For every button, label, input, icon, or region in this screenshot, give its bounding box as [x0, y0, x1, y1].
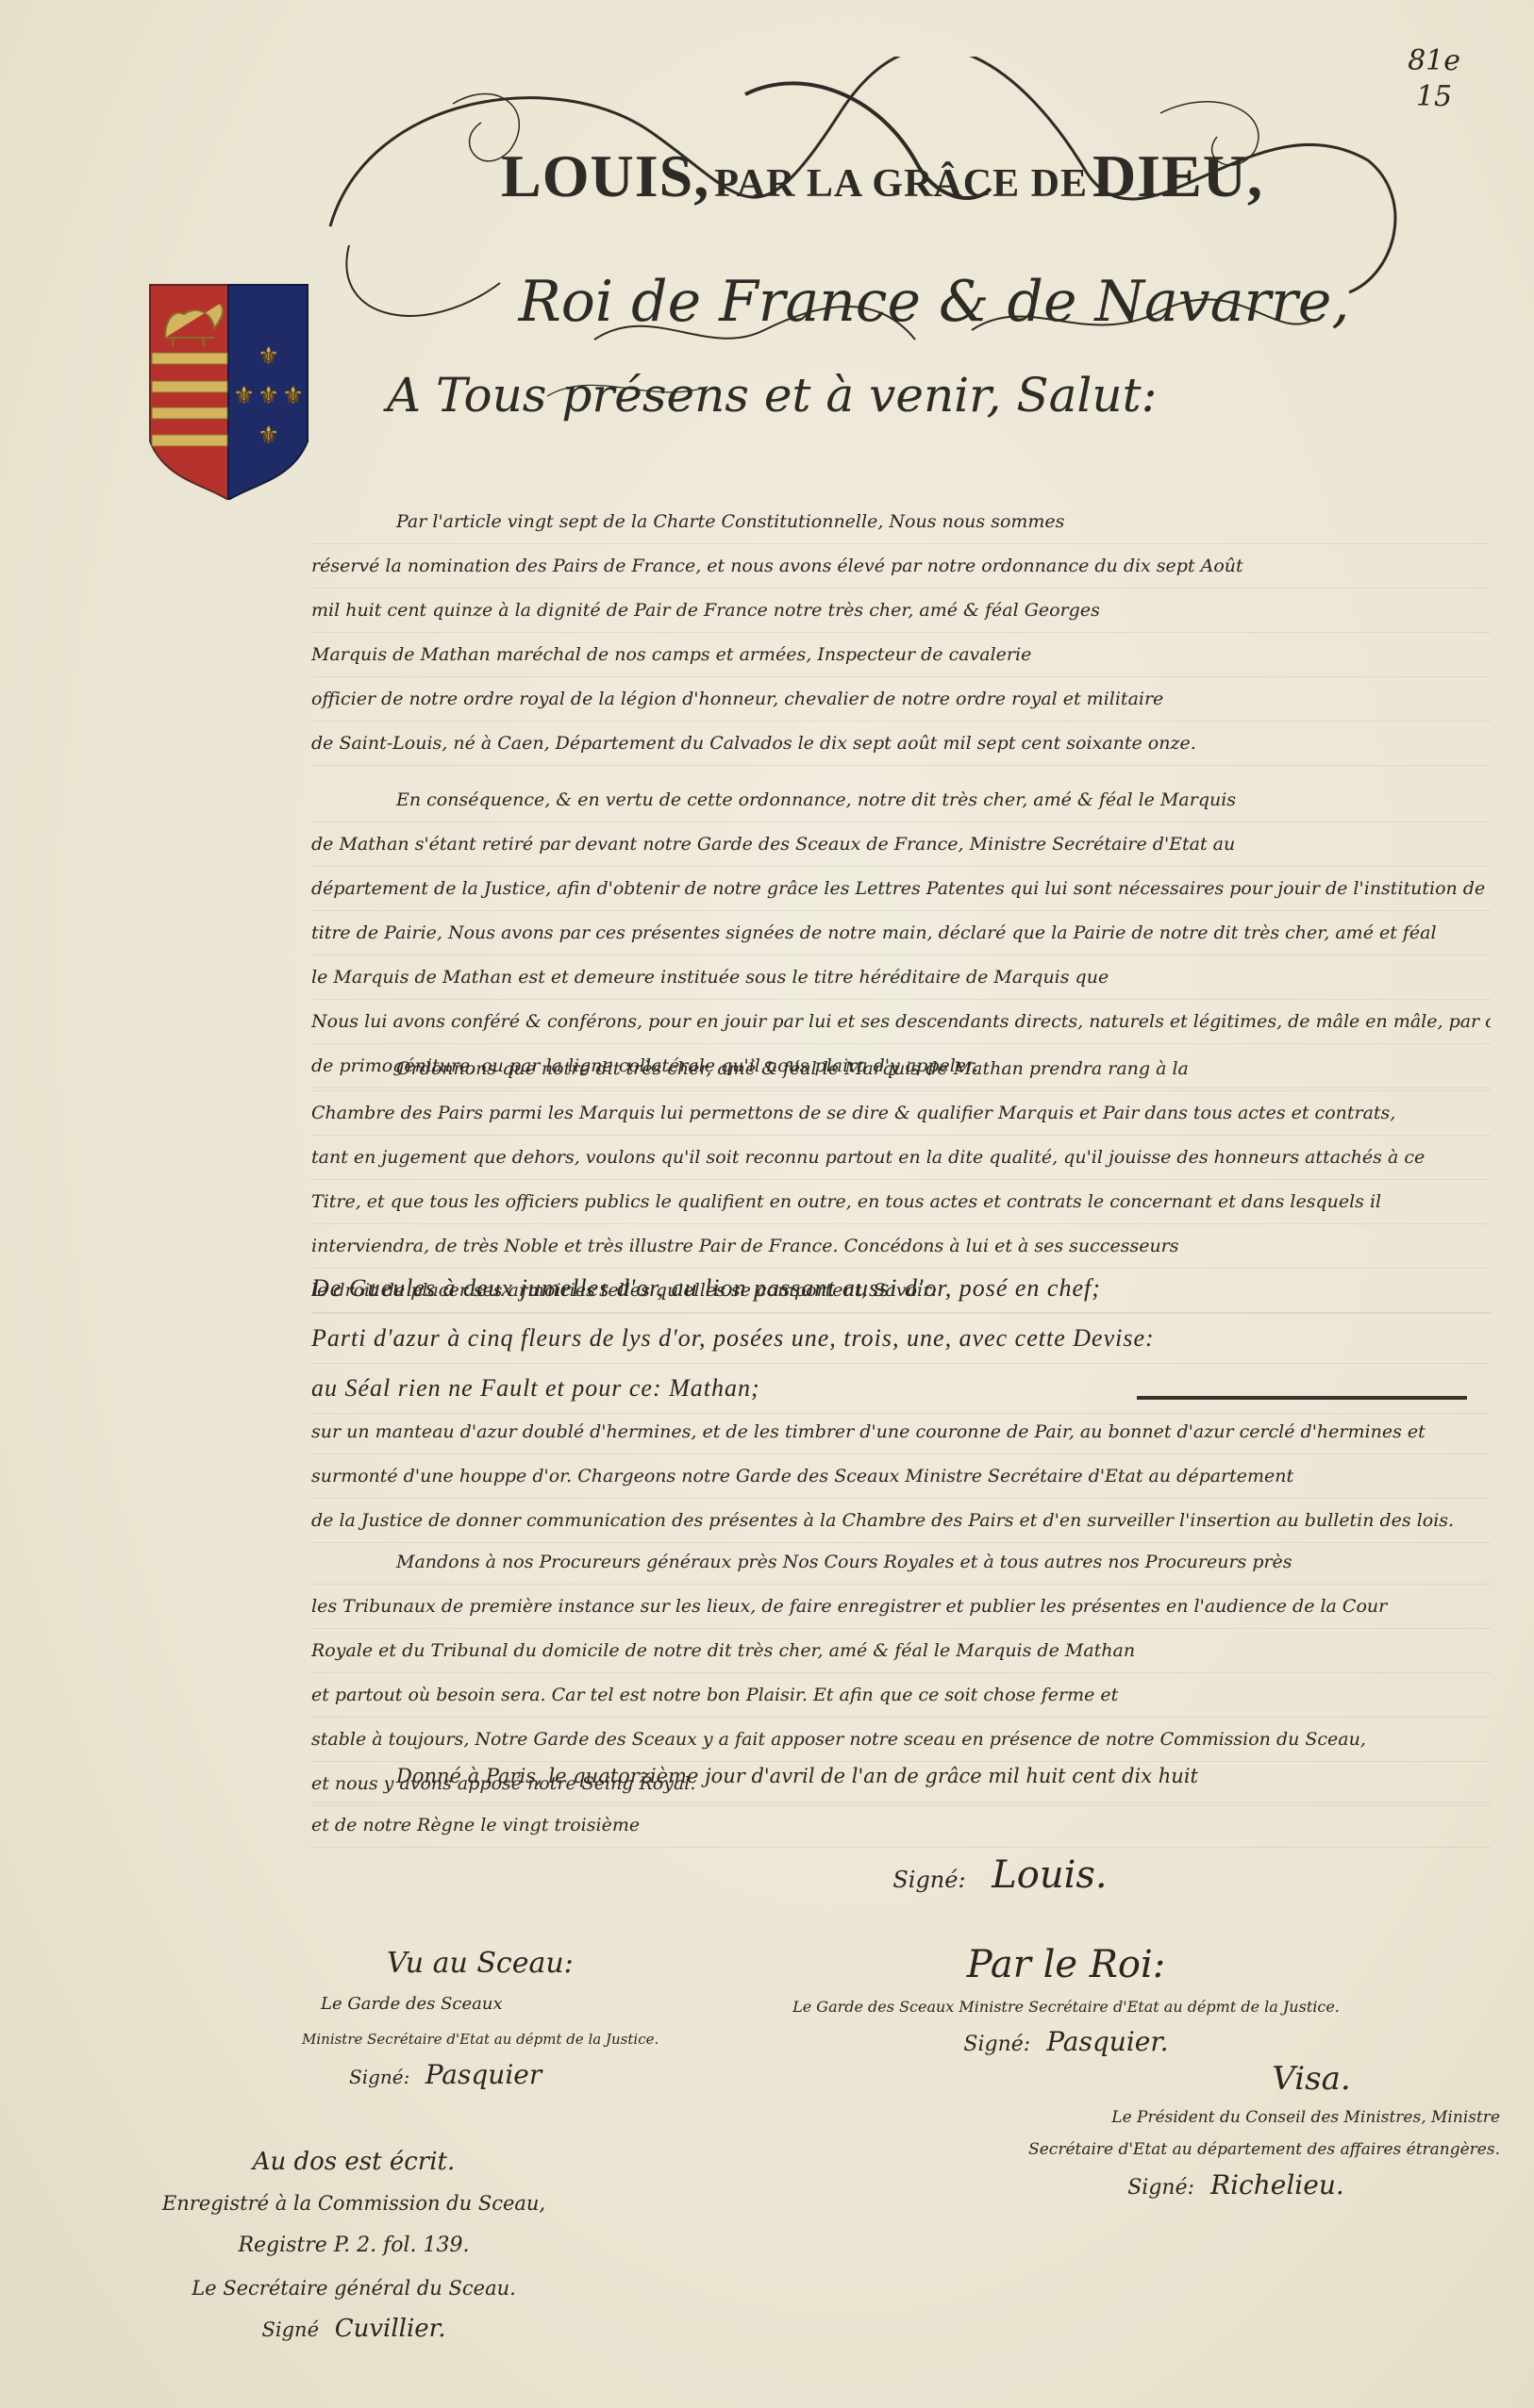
text-line: les Tribunaux de première instance sur l… [311, 1585, 1491, 1629]
paragraph-manteau: sur un manteau d'azur doublé d'hermines,… [311, 1410, 1491, 1543]
text-line: titre de Pairie, Nous avons par ces prés… [311, 911, 1491, 955]
svg-text:⚜: ⚜ [282, 382, 304, 410]
signature-visa: Visa. Le Président du Conseil des Minist… [972, 2056, 1500, 2208]
text-line: et partout où besoin sera. Car tel est n… [311, 1673, 1491, 1718]
par-le-roi-title: Le Garde des Sceaux Ministre Secrétaire … [745, 1991, 1387, 2023]
letters-patent-page: 81e 15 LOUIS, PAR LA GRÂCE DE DIEU, Roi … [0, 0, 1534, 2408]
signature-vu-au-sceau: Vu au Sceau: Le Garde des Sceaux Ministr… [302, 1941, 755, 2096]
text-line: Nous lui avons conféré & conférons, pour… [311, 1000, 1491, 1044]
calligraphic-flourish-icon [311, 57, 1425, 415]
signature-richelieu: Richelieu. [1210, 2169, 1344, 2200]
text-line: de Saint-Louis, né à Caen, Département d… [311, 722, 1491, 766]
title-dieu-text: DIEU, [1092, 142, 1263, 209]
title-grace-text: PAR LA GRÂCE DE [714, 162, 1088, 206]
text-line: le Marquis de Mathan est et demeure inst… [311, 955, 1491, 1000]
signature-louis: Louis. [992, 1853, 1107, 1897]
text-line: mil huit cent quinze à la dignité de Pai… [311, 589, 1491, 633]
signature-pasquier: Pasquier. [1046, 2026, 1168, 2057]
text-line: tant en jugement que dehors, voulons qu'… [311, 1136, 1491, 1180]
paragraph-blazon: De Gueules à deux jumelles d'or, au lion… [311, 1264, 1491, 1414]
text-line: Mandons à nos Procureurs généraux près N… [311, 1540, 1491, 1585]
au-dos-heading: Au dos est écrit. [123, 2141, 585, 2183]
text-line: Titre, et que tous les officiers publics… [311, 1180, 1491, 1224]
text-line: officier de notre ordre royal de la légi… [311, 677, 1491, 722]
signed-label: Signé: [1127, 2176, 1194, 2200]
signature-cuvillier: Cuvillier. [335, 2315, 446, 2343]
paragraph-donne: Donné à Paris, le quatorzième jour d'avr… [311, 1750, 1491, 1848]
title-salutation: A Tous présens et à venir, Salut: [387, 368, 1425, 423]
text-line: et de notre Règne le vingt troisième [311, 1803, 1491, 1848]
text-line: Donné à Paris, le quatorzième jour d'avr… [311, 1750, 1491, 1803]
visa-heading: Visa. [972, 2056, 1500, 2101]
svg-text:⚜: ⚜ [233, 382, 255, 410]
au-dos-registre: Registre P. 2. fol. 139. [123, 2224, 585, 2267]
signature-king: Signé: Louis. [830, 1853, 1170, 1897]
text-line: de Mathan s'étant retiré par devant notr… [311, 822, 1491, 867]
svg-text:⚜: ⚜ [258, 342, 279, 371]
title-louis-text: LOUIS, [501, 142, 709, 209]
text-line: département de la Justice, afin d'obteni… [311, 867, 1491, 911]
paragraph-charte: Par l'article vingt sept de la Charte Co… [311, 500, 1491, 766]
text-line: Marquis de Mathan maréchal de nos camps … [311, 633, 1491, 677]
text-line: Parti d'azur à cinq fleurs de lys d'or, … [311, 1314, 1491, 1364]
title-roi-de-france: Roi de France & de Navarre, [406, 269, 1462, 335]
signature-pasquier: Pasquier [425, 2059, 542, 2090]
signed-label: Signé [262, 2318, 320, 2341]
svg-text:⚜: ⚜ [258, 422, 279, 450]
text-line: Royale et du Tribunal du domicile de not… [311, 1629, 1491, 1673]
text-line: Chambre des Pairs parmi les Marquis lui … [311, 1091, 1491, 1136]
text-line: Ordonnons que notre dit très cher, amé &… [311, 1047, 1491, 1091]
text-line: au Séal rien ne Fault et pour ce: Mathan… [311, 1364, 1491, 1414]
text-line: surmonté d'une houppe d'or. Chargeons no… [311, 1454, 1491, 1499]
visa-title2: Secrétaire d'Etat au département des aff… [972, 2134, 1500, 2166]
vu-au-sceau-title2: Ministre Secrétaire d'Etat au dépmt de l… [302, 2022, 755, 2056]
endorsement-au-dos: Au dos est écrit. Enregistré à la Commis… [123, 2141, 585, 2350]
signature-par-le-roi: Par le Roi: Le Garde des Sceaux Ministre… [745, 1938, 1387, 2064]
text-line: De Gueules à deux jumelles d'or, au lion… [311, 1264, 1491, 1314]
au-dos-line1: Enregistré à la Commission du Sceau, [123, 2183, 585, 2224]
title-louis: LOUIS, PAR LA GRÂCE DE DIEU, [382, 141, 1382, 211]
text-line: de la Justice de donner communication de… [311, 1499, 1491, 1543]
visa-title1: Le Président du Conseil des Ministres, M… [972, 2101, 1500, 2134]
blazon-end-rule [1137, 1396, 1467, 1400]
signed-label: Signé: [892, 1867, 965, 1893]
vu-au-sceau-heading: Vu au Sceau: [302, 1941, 755, 1986]
text-line: En conséquence, & en vertu de cette ordo… [311, 778, 1491, 822]
par-le-roi-heading: Par le Roi: [745, 1938, 1387, 1991]
signed-label: Signé: [963, 2033, 1030, 2056]
coat-of-arms-icon: ⚜ ⚜ ⚜ ⚜ ⚜ [146, 281, 311, 500]
paragraph-consequence: En conséquence, & en vertu de cette ordo… [311, 778, 1491, 1088]
signed-label: Signé: [349, 2066, 409, 2088]
svg-text:⚜: ⚜ [258, 382, 279, 410]
vu-au-sceau-title1: Le Garde des Sceaux [302, 1986, 755, 2022]
text-line: réservé la nomination des Pairs de Franc… [311, 544, 1491, 589]
text-line: Par l'article vingt sept de la Charte Co… [311, 500, 1491, 544]
text-line: sur un manteau d'azur doublé d'hermines,… [311, 1410, 1491, 1454]
au-dos-line3: Le Secrétaire général du Sceau. [123, 2267, 585, 2309]
text-line: interviendra, de très Noble et très illu… [311, 1224, 1491, 1269]
